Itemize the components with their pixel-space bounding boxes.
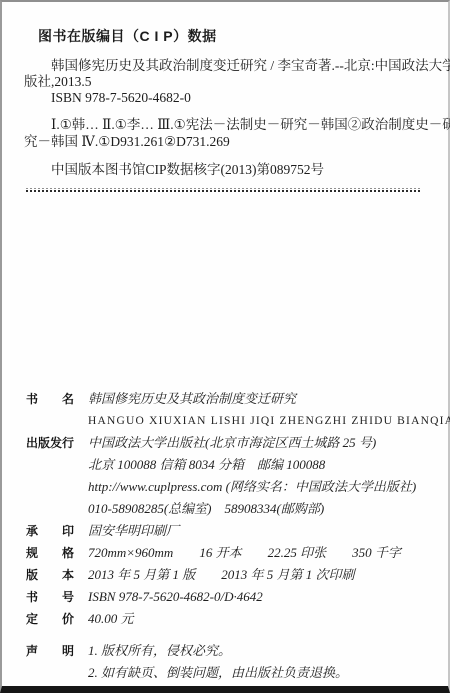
pub-label-declaration: 声明 bbox=[26, 640, 74, 662]
publisher-name-address: 中国政法大学出版社(北京市海淀区西土城路 25 号) bbox=[88, 432, 432, 454]
pub-row-format: 规格 720mm×960mm 16 开本 22.25 印张 350 千字 bbox=[26, 542, 432, 564]
pub-row-declaration: 声明 1. 版权所有，侵权必究。 2. 如有缺页、倒装问题，由出版社负责退换。 bbox=[26, 640, 432, 684]
pub-row-book-number: 书号 ISBN 978-7-5620-4682-0/D·4642 bbox=[26, 586, 432, 608]
pub-row-edition: 版本 2013 年 5 月第 1 版 2013 年 5 月第 1 次印刷 bbox=[26, 564, 432, 586]
book-title-pinyin: HANGUO XIUXIAN LISHI JIQI ZHENGZHI ZHIDU… bbox=[88, 410, 450, 432]
publisher-website: http://www.cuplpress.com (网络实名：中国政法大学出版社… bbox=[88, 476, 432, 498]
pub-label-publisher: 出版发行 bbox=[26, 432, 74, 454]
pub-row-printer: 承印 固安华明印刷厂 bbox=[26, 520, 432, 542]
bibliographic-description-line1: 韩国修宪历史及其政治制度变迁研究 / 李宝奇著.--北京:中国政法大学出 bbox=[24, 58, 424, 74]
cip-record-number: 中国版本图书馆CIP数据核字(2013)第089752号 bbox=[24, 162, 424, 178]
pub-row-book-title: 书名 韩国修宪历史及其政治制度变迁研究 HANGUO XIUXIAN LISHI… bbox=[26, 388, 432, 432]
declaration-line2: 2. 如有缺页、倒装问题，由出版社负责退换。 bbox=[88, 662, 432, 684]
edition-value: 2013 年 5 月第 1 版 2013 年 5 月第 1 次印刷 bbox=[88, 564, 432, 586]
bibliographic-description-line2: 版社,2013.5 bbox=[24, 74, 424, 90]
isbn-line: ISBN 978-7-5620-4682-0 bbox=[24, 90, 424, 106]
publisher-phone-numbers: 010-58908285(总编室) 58908334(邮购部) bbox=[88, 498, 432, 520]
classification-line1: Ⅰ.①韩… Ⅱ.①李… Ⅲ.①宪法－法制史－研究－韩国②政治制度史－研 bbox=[24, 116, 424, 133]
pub-label-format: 规格 bbox=[26, 542, 74, 564]
book-number-value: ISBN 978-7-5620-4682-0/D·4642 bbox=[88, 586, 432, 608]
pub-label-price: 定价 bbox=[26, 608, 74, 630]
cip-heading: 图书在版编目（C I P）数据 bbox=[38, 26, 424, 46]
publisher-postal-info: 北京 100088 信箱 8034 分箱 邮编 100088 bbox=[88, 454, 432, 476]
copyright-page: 图书在版编目（C I P）数据 韩国修宪历史及其政治制度变迁研究 / 李宝奇著.… bbox=[0, 0, 450, 693]
pub-label-book-number: 书号 bbox=[26, 586, 74, 608]
pub-label-printer: 承印 bbox=[26, 520, 74, 542]
dotted-divider bbox=[26, 188, 422, 192]
book-title-value: 韩国修宪历史及其政治制度变迁研究 bbox=[88, 388, 450, 410]
classification-line2: 究－韩国 Ⅳ.①D931.261②D731.269 bbox=[24, 133, 424, 150]
pub-row-publisher: 出版发行 中国政法大学出版社(北京市海淀区西土城路 25 号) 北京 10008… bbox=[26, 432, 432, 520]
pub-row-price: 定价 40.00 元 bbox=[26, 608, 432, 630]
publication-info-table: 书名 韩国修宪历史及其政治制度变迁研究 HANGUO XIUXIAN LISHI… bbox=[2, 388, 448, 684]
pub-label-edition: 版本 bbox=[26, 564, 74, 586]
pub-label-book-title: 书名 bbox=[26, 388, 74, 410]
format-value: 720mm×960mm 16 开本 22.25 印张 350 千字 bbox=[88, 542, 432, 564]
declaration-line1: 1. 版权所有，侵权必究。 bbox=[88, 640, 432, 662]
cip-section: 图书在版编目（C I P）数据 韩国修宪历史及其政治制度变迁研究 / 李宝奇著.… bbox=[2, 2, 448, 178]
printer-value: 固安华明印刷厂 bbox=[88, 520, 432, 542]
price-value: 40.00 元 bbox=[88, 608, 432, 630]
